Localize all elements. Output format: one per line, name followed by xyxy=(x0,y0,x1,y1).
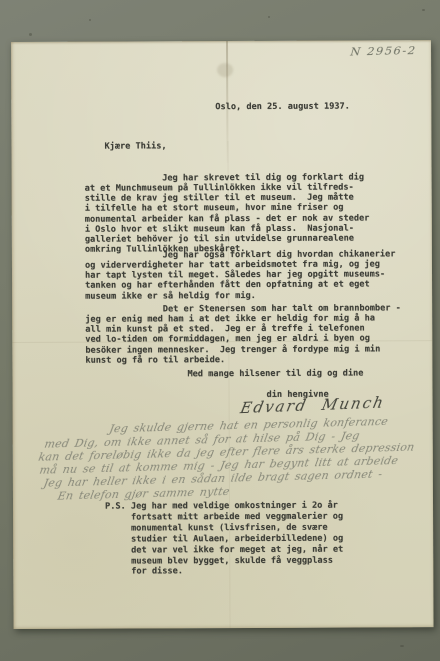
body-paragraph-1: Jeg har skrevet til dig og forklart dig … xyxy=(85,172,370,254)
background-speck xyxy=(29,33,32,36)
dateline: Oslo, den 25. august 1937. xyxy=(215,102,350,113)
paper-stain xyxy=(217,63,233,77)
background-speck xyxy=(422,9,425,11)
background-speck xyxy=(400,645,404,647)
background-speck xyxy=(268,16,270,18)
body-paragraph-3: Det er Stenersen som har talt om brannbo… xyxy=(85,303,401,365)
body-paragraph-2: Jeg har også forklart dig hvordan chikan… xyxy=(85,249,396,301)
signature: Edvard Munch xyxy=(239,393,387,417)
salutation: Kjære Thiis, xyxy=(104,141,166,151)
archival-number: N 2956-2 xyxy=(350,43,417,58)
background-speck xyxy=(89,19,91,21)
letter-paper: N 2956-2 Oslo, den 25. august 1937. Kjær… xyxy=(11,40,434,629)
closing-line: Med mange hilsener til dig og dine xyxy=(187,368,363,379)
postscript: P.S. Jeg har med veldige omkostninger i … xyxy=(105,501,343,578)
